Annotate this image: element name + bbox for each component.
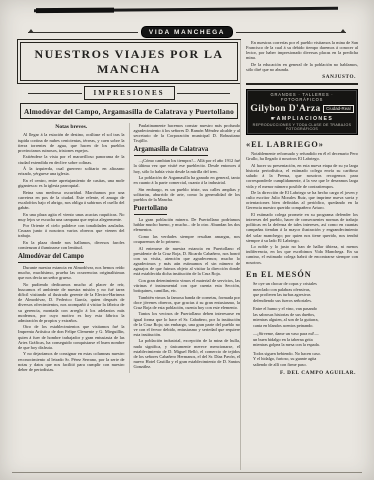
section-heading: Puertollano <box>134 205 168 215</box>
kicker-label: IMPRESIONES <box>84 86 175 100</box>
headline-box: NUESTROS VIAJES POR LA MANCHA <box>20 42 238 81</box>
ad-bottom-line: REPRODUCCIONES Y TODA CLASE DE TRABAJOS … <box>249 123 355 131</box>
divider-rule <box>246 83 358 85</box>
paragraph: Sin embargo, es un pueblo triste, sus ca… <box>134 187 241 202</box>
paragraph: Paulatinamente hacemos constar nuestro m… <box>134 123 241 143</box>
article-subtitle: Almodóvar del Campo, Argamasilla de Cala… <box>20 103 238 119</box>
paragraph: Tantos los vecinos de Puertollano deben … <box>134 311 241 337</box>
kicker-rule-right <box>177 93 231 94</box>
verse-stanza: Se oye un chocar de copas y cristales me… <box>253 281 358 303</box>
paragraph: Notablemente reformado y refundido en él… <box>246 151 358 161</box>
section-heading: En EL MESÓN <box>246 270 358 280</box>
paragraph: En nuestras correrías por el pueblo visi… <box>246 40 358 60</box>
article-columns: Notas breves.Al llegar á la estación de … <box>18 123 240 373</box>
paragraph: Con gran detenimiento vimos el material … <box>134 278 241 293</box>
ad-mid-text: AMPLIACIONES <box>277 116 334 122</box>
column-left: Notas breves.Al llegar á la estación de … <box>18 123 130 373</box>
paragraph: Otro de los establecimientos que visitam… <box>18 324 125 350</box>
ad-name-row: Gilybon D'ArzaCiudad-Real <box>249 104 355 115</box>
paragraph: El estimado colega promete en su program… <box>246 212 358 243</box>
paragraph: Al llegar á la estación de destino, ocúl… <box>18 132 125 152</box>
masthead-rule-left <box>28 32 138 33</box>
paragraph: De la educación en general de la poblaci… <box>246 62 358 72</box>
paragraph: Reina una medrosa oscuridad. Marchamos p… <box>18 190 125 210</box>
paragraph: Extiéndese la vista por el maravilloso p… <box>18 154 125 164</box>
ad-studio-name: Gilybon D'Arza <box>250 104 320 115</box>
kicker-rule-left <box>28 93 82 94</box>
paragraph: Por Oriente el cielo palidece con tonali… <box>18 223 125 238</box>
kicker-row: IMPRESIONES <box>28 86 230 100</box>
ad-mid-line: ☛AMPLIACIONES <box>249 116 355 122</box>
column-right: En nuestras correrías por el pueblo visi… <box>240 40 358 470</box>
paragraph: En una plaza agita el viento unas acacia… <box>18 212 125 222</box>
section-heading: Almodóvar del Campo <box>18 253 84 263</box>
headline-title: NUESTROS VIAJES POR LA MANCHA <box>35 47 224 76</box>
paragraph: La población industrial, excepción de la… <box>134 338 241 369</box>
masthead-rule-right <box>236 32 346 33</box>
newspaper-page: VIDA MANCHEGA NUESTROS VIAJES POR LA MAN… <box>0 0 374 480</box>
paragraph: Y no dejaríamos de consignar en estas co… <box>18 351 125 371</box>
scan-artifact-bar <box>34 7 338 12</box>
section-heading: Argamasilla de Calatrava <box>134 146 209 156</box>
manicule-icon: ☛ <box>271 116 276 122</box>
paragraph: Lo noble y lo justo no han de hallar tib… <box>246 244 358 264</box>
verse-stanza: Entre el humo y el vino, van pasando las… <box>253 306 358 328</box>
page-content: NUESTROS VIAJES POR LA MANCHA IMPRESIONE… <box>18 40 358 470</box>
paragraph: La gran población minera. De Puertollano… <box>134 217 241 232</box>
section-heading: «EL LABRIEGO» <box>246 140 358 150</box>
ad-city-badge: Ciudad-Real <box>323 105 353 114</box>
signature: SANJUSTO. <box>246 74 356 80</box>
bottom-rule <box>12 472 362 473</box>
paragraph: Como las verdades siempre resultan amarg… <box>134 234 241 244</box>
paragraph: ...¡Cómo cambian los tiempos!... Allá po… <box>134 158 241 173</box>
photo-studio-ad: GRANDES · TALLERES · FOTOGRÁFICOSGilybon… <box>246 89 358 135</box>
paragraph: Al enterarse de nuestra estancia en Puer… <box>134 246 241 277</box>
paragraph: En el centro, entre apretujamiento de ca… <box>18 178 125 188</box>
verse-stanza: —¡Sírveme, dame un vaso para mí!— un bue… <box>253 331 358 348</box>
paragraph: Al hacer su presentación, en esta nueva … <box>246 163 358 189</box>
main-article-area: NUESTROS VIAJES POR LA MANCHA IMPRESIONE… <box>18 40 240 470</box>
paragraph: De la dirección de El Labriego se ha hec… <box>246 190 358 210</box>
section-heading: Notas breves. <box>18 124 125 130</box>
signature: F. DEL CAMPO AGUILAR. <box>246 370 356 376</box>
verse-stanza: Todos siguen bebiendo. No hacen caso. Y … <box>253 351 358 368</box>
scan-artifact-stub <box>36 8 114 14</box>
paragraph: No pudiendo dedicarnos mucho al placer d… <box>18 282 125 323</box>
paragraph: La población de Argamasilla ha ganado en… <box>134 175 241 185</box>
masthead-title: VIDA MANCHEGA <box>141 26 233 38</box>
ad-top-line: GRANDES · TALLERES · FOTOGRÁFICOS <box>249 93 355 102</box>
column-middle: Paulatinamente hacemos constar nuestro m… <box>130 123 241 373</box>
masthead: VIDA MANCHEGA <box>28 26 346 38</box>
paragraph: Á la izquierda, cual guerrero solitario … <box>18 166 125 176</box>
paragraph: En la plaza donde nos hallamos, diversos… <box>18 240 125 250</box>
paragraph: Durante nuestra estancia en Almodóvar, n… <box>18 265 125 280</box>
paragraph: También vimos la famosa banda de corneta… <box>134 295 241 310</box>
